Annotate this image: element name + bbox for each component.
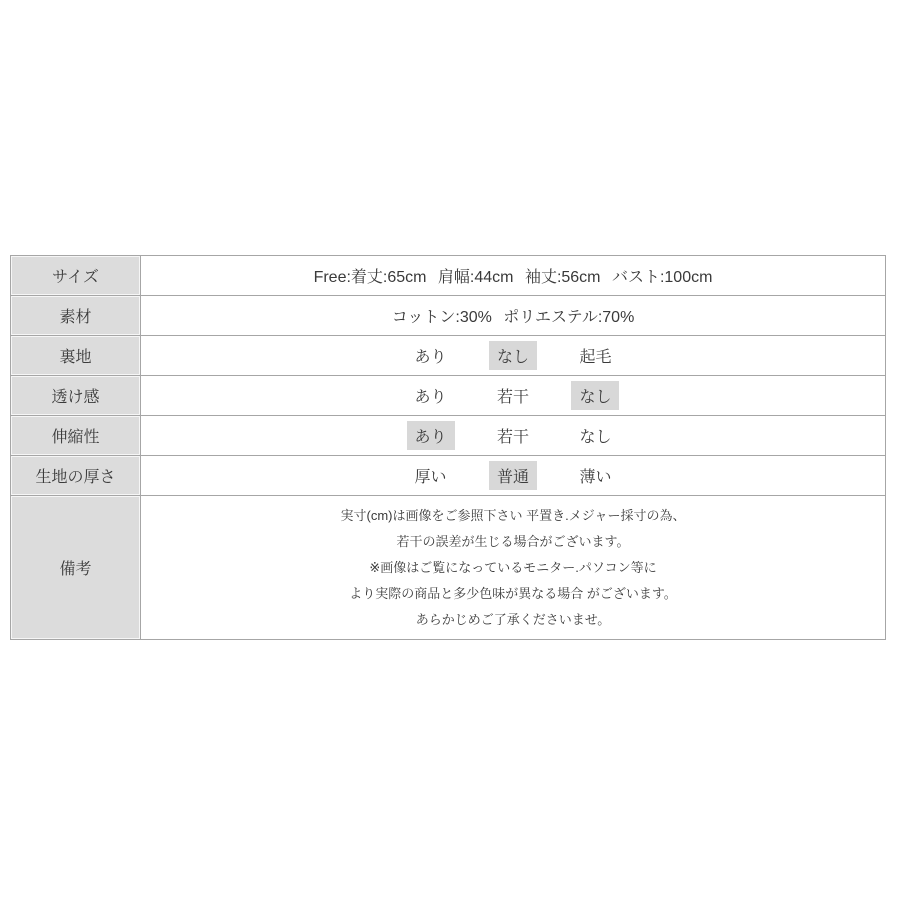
table-row-size: サイズ Free:着丈:65cm 肩幅:44cm 袖丈:56cm バスト:100… — [11, 256, 886, 296]
row-label-stretch: 伸縮性 — [11, 416, 141, 456]
material-text: コットン:30% ポリエステル:70% — [392, 309, 635, 326]
table-row-notes: 備考 実寸(cm)は画像をご参照下さい 平置き.メジャー採寸の為、 若干の誤差が… — [11, 496, 886, 640]
notes-line: ※画像はご覧になっているモニター.パソコン等に — [142, 555, 884, 581]
option-chip: なし — [571, 421, 619, 450]
option-chip: あり — [407, 381, 455, 410]
option-chip: あり — [407, 421, 455, 450]
option-chip: 厚い — [407, 461, 455, 490]
row-label-material: 素材 — [11, 296, 141, 336]
option-chip: 起毛 — [571, 341, 619, 370]
table-row-material: 素材 コットン:30% ポリエステル:70% — [11, 296, 886, 336]
notes-line: あらかじめご了承くださいませ。 — [142, 607, 884, 633]
notes-line: 実寸(cm)は画像をご参照下さい 平置き.メジャー採寸の為、 — [142, 503, 884, 529]
option-chip: なし — [489, 341, 537, 370]
row-value-notes: 実寸(cm)は画像をご参照下さい 平置き.メジャー採寸の為、 若干の誤差が生じる… — [141, 496, 886, 640]
notes-line: 若干の誤差が生じる場合がございます。 — [142, 529, 884, 555]
table-row-lining: 裏地 あり なし 起毛 — [11, 336, 886, 376]
row-label-size: サイズ — [11, 256, 141, 296]
option-chip: あり — [407, 341, 455, 370]
row-label-lining: 裏地 — [11, 336, 141, 376]
option-chip: 若干 — [489, 381, 537, 410]
row-value-size: Free:着丈:65cm 肩幅:44cm 袖丈:56cm バスト:100cm — [141, 256, 886, 296]
size-text: Free:着丈:65cm 肩幅:44cm 袖丈:56cm バスト:100cm — [314, 269, 713, 286]
option-chip: 普通 — [489, 461, 537, 490]
row-label-notes: 備考 — [11, 496, 141, 640]
row-label-sheerness: 透け感 — [11, 376, 141, 416]
table-row-sheerness: 透け感 あり 若干 なし — [11, 376, 886, 416]
row-label-thickness: 生地の厚さ — [11, 456, 141, 496]
table-row-thickness: 生地の厚さ 厚い 普通 薄い — [11, 456, 886, 496]
row-value-sheerness: あり 若干 なし — [141, 376, 886, 416]
row-value-material: コットン:30% ポリエステル:70% — [141, 296, 886, 336]
option-chip: 薄い — [571, 461, 619, 490]
row-value-lining: あり なし 起毛 — [141, 336, 886, 376]
notes-line: より実際の商品と多少色味が異なる場合 がございます。 — [142, 581, 884, 607]
row-value-thickness: 厚い 普通 薄い — [141, 456, 886, 496]
option-chip: 若干 — [489, 421, 537, 450]
product-spec-table: サイズ Free:着丈:65cm 肩幅:44cm 袖丈:56cm バスト:100… — [10, 255, 886, 640]
row-value-stretch: あり 若干 なし — [141, 416, 886, 456]
option-chip: なし — [571, 381, 619, 410]
table-row-stretch: 伸縮性 あり 若干 なし — [11, 416, 886, 456]
